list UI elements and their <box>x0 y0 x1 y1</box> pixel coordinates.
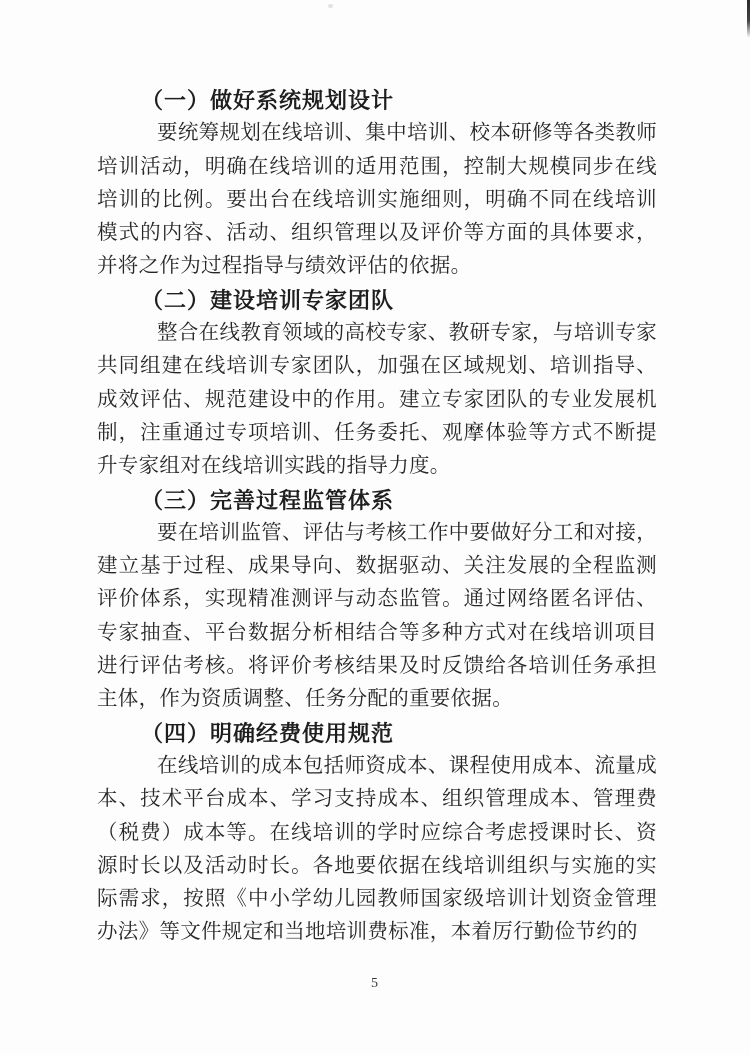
section-4: （四）明确经费使用规范 在线培训的成本包括师资成本、课程使用成本、流量成本、技术… <box>97 717 657 950</box>
section-3-body: 要在培训监管、评估与考核工作中要做好分工和对接，建立基于过程、成果导向、数据驱动… <box>97 517 657 717</box>
section-2: （二）建设培训专家团队 整合在线教育领域的高校专家、教研专家，与培训专家共同组建… <box>97 284 657 484</box>
document-content: （一）做好系统规划设计 要统筹规划在线培训、集中培训、校本研修等各类教师培训活动… <box>97 84 657 950</box>
section-3-heading: （三）完善过程监管体系 <box>97 484 657 517</box>
section-3: （三）完善过程监管体系 要在培训监管、评估与考核工作中要做好分工和对接，建立基于… <box>97 484 657 717</box>
scan-smudge-artifact <box>328 4 333 8</box>
section-4-body: 在线培训的成本包括师资成本、课程使用成本、流量成本、技术平台成本、学习支持成本、… <box>97 750 657 950</box>
section-1-heading: （一）做好系统规划设计 <box>97 84 657 117</box>
section-2-body: 整合在线教育领域的高校专家、教研专家，与培训专家共同组建在线培训专家团队，加强在… <box>97 317 657 483</box>
section-4-heading: （四）明确经费使用规范 <box>97 717 657 750</box>
section-1-body: 要统筹规划在线培训、集中培训、校本研修等各类教师培训活动，明确在线培训的适用范围… <box>97 117 657 283</box>
section-1: （一）做好系统规划设计 要统筹规划在线培训、集中培训、校本研修等各类教师培训活动… <box>97 84 657 284</box>
page-number: 5 <box>0 976 750 992</box>
section-2-heading: （二）建设培训专家团队 <box>97 284 657 317</box>
document-page: （一）做好系统规划设计 要统筹规划在线培训、集中培训、校本研修等各类教师培训活动… <box>0 0 750 1055</box>
